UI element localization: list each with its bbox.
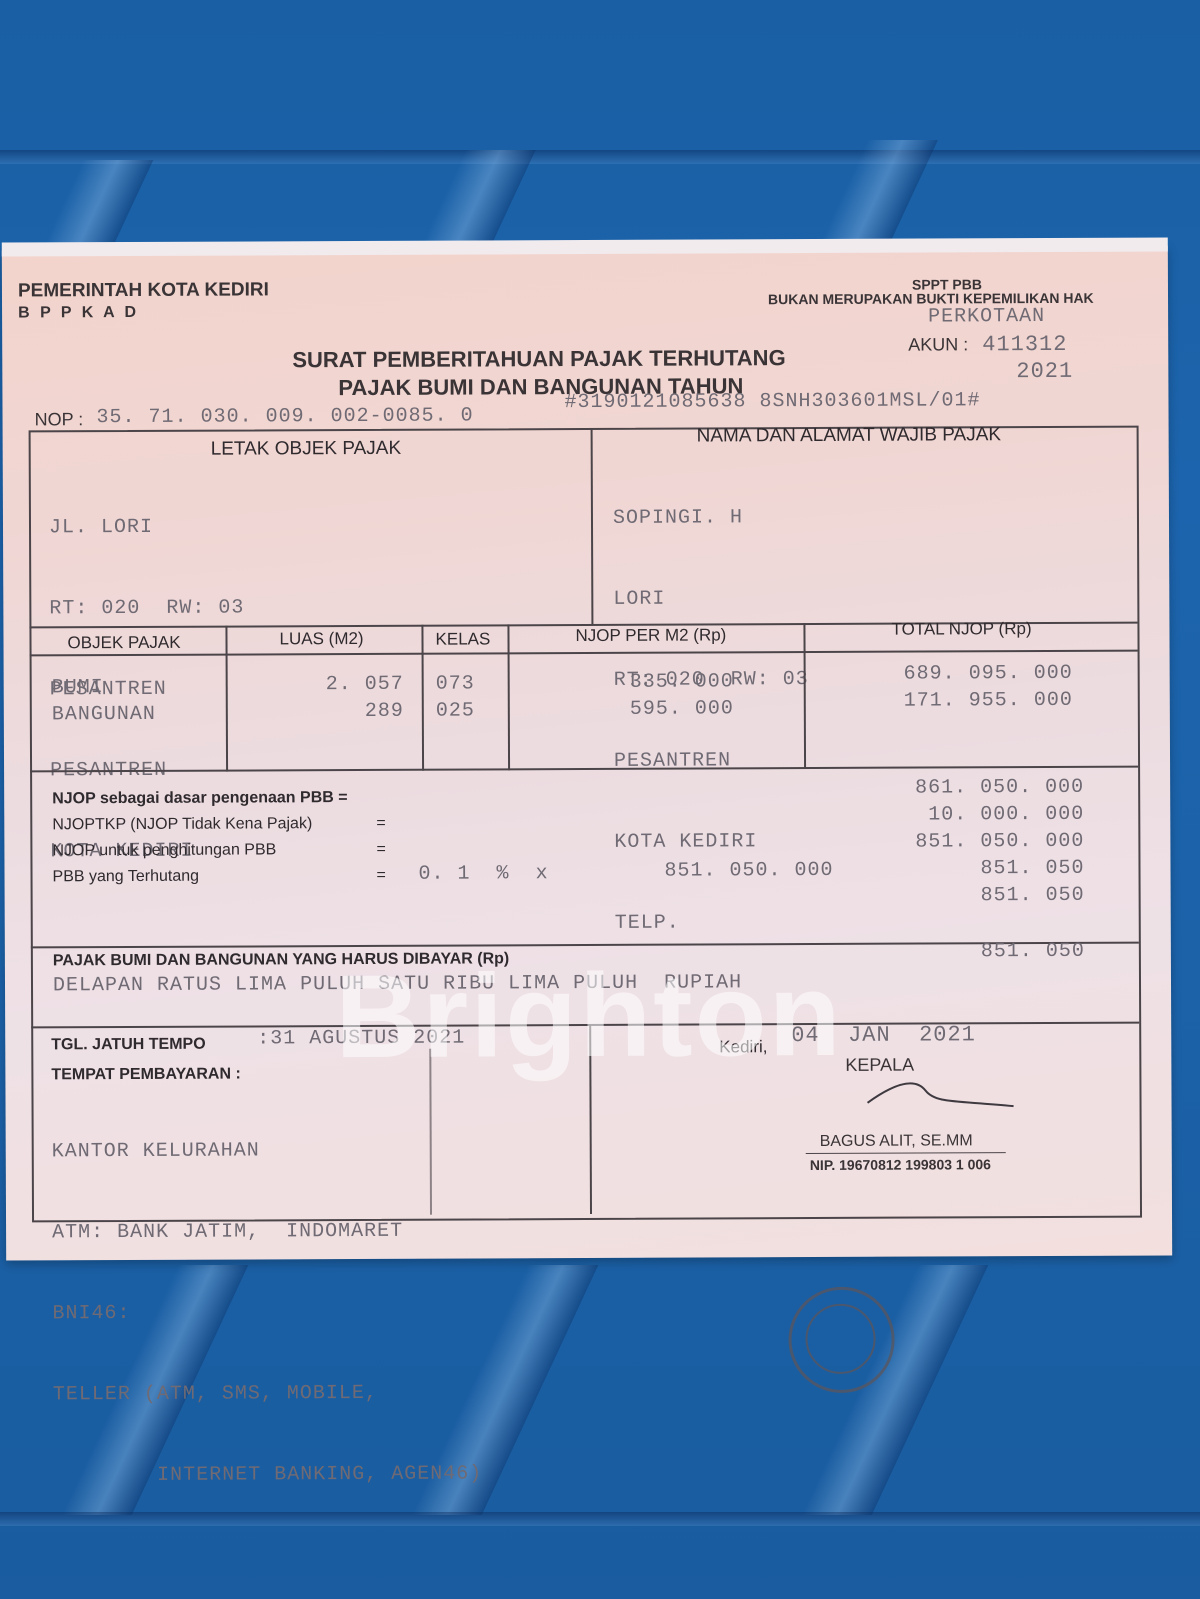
signatory-nip: NIP. 19670812 199803 1 006 — [810, 1156, 991, 1173]
area-type: PERKOTAAN — [928, 305, 1045, 329]
taxpayer-line: KOTA KEDIRI — [614, 828, 809, 856]
address-line: JL. LORI — [49, 513, 244, 541]
stamp-inner-ring — [805, 1304, 875, 1374]
nop-label: NOP : — [34, 409, 83, 430]
table-cell-class: 073 — [436, 672, 475, 695]
table-cell-total-njop: 171. 955. 000 — [904, 689, 1073, 713]
table-cell-njop-per-m2: 595. 000 — [630, 697, 734, 720]
official-stamp — [788, 1287, 894, 1393]
government-name: PEMERINTAH KOTA KEDIRI — [18, 279, 269, 302]
akun-value: 411312 — [982, 332, 1067, 357]
taxpayer-heading: NAMA DAN ALAMAT WAJIB PAJAK — [697, 424, 1002, 447]
njop-base-value: 861. 050. 000 — [874, 776, 1084, 800]
due-date-value: :31 AGUSTUS 2021 — [257, 1027, 465, 1051]
column-header: OBJEK PAJAK — [67, 633, 180, 653]
equals-sign: = — [376, 815, 385, 833]
crate-ledge — [0, 150, 1200, 164]
tax-year: 2021 — [1016, 359, 1073, 384]
city-label: Kediri, — [719, 1037, 767, 1057]
njop-base-label: NJOP sebagai dasar pengenaan PBB = — [52, 789, 347, 808]
payment-place: KANTOR KELURAHAN — [52, 1136, 481, 1165]
payment-place: BNI46: — [52, 1298, 481, 1327]
njop-calc-label: NJOP untuk penghitungan PBB — [52, 841, 276, 860]
payment-due-label: PAJAK BUMI DAN BANGUNAN YANG HARUS DIBAY… — [53, 950, 509, 970]
object-location-heading: LETAK OBJEK PAJAK — [211, 438, 402, 461]
table-cell-class: 025 — [436, 699, 475, 722]
column-header: TOTAL NJOP (Rp) — [891, 619, 1031, 640]
column-header: NJOP PER M2 (Rp) — [575, 625, 726, 646]
payment-place-label: TEMPAT PEMBAYARAN : — [51, 1066, 240, 1085]
pbb-rate: 0. 1 % x — [418, 862, 548, 886]
column-header: LUAS (M2) — [279, 629, 363, 649]
payment-place: INTERNET BANKING, AGEN46) — [53, 1460, 482, 1489]
signature-icon — [865, 1072, 1015, 1113]
pbb-label: PBB yang Terhutang — [52, 868, 199, 887]
njop-calc-value: 851. 050. 000 — [874, 830, 1084, 854]
due-date-label: TGL. JATUH TEMPO — [51, 1036, 205, 1055]
tax-document: PEMERINTAH KOTA KEDIRI B P P K A D SPPT … — [2, 245, 1172, 1260]
paper-edge — [2, 237, 1168, 256]
reference-code: #3190121085638 8SNH303601MSL/01# — [564, 389, 980, 414]
pbb-total: 851. 050 — [875, 884, 1085, 908]
taxpayer-name: SOPINGI. H — [613, 504, 808, 532]
equals-sign: = — [376, 841, 385, 859]
payment-places: KANTOR KELURAHAN ATM: BANK JATIM, INDOMA… — [51, 1082, 482, 1543]
table-cell-object: BUMI — [52, 676, 104, 699]
table-cell-area: 289 — [304, 700, 404, 723]
table-cell-njop-per-m2: 335. 000 — [630, 670, 734, 693]
pbb-base: 851. 050. 000 — [664, 859, 833, 883]
amount-in-words: DELAPAN RATUS LIMA PULUH SATU RIBU LIMA … — [53, 971, 742, 997]
payment-due-amount: 851. 050 — [875, 940, 1085, 964]
nop-value: 35. 71. 030. 009. 002-0085. 0 — [96, 404, 473, 429]
pbb-value: 851. 050 — [874, 857, 1084, 881]
table-cell-object: BANGUNAN — [52, 703, 156, 726]
njoptkp-value: 10. 000. 000 — [874, 803, 1084, 827]
agency-name: B P P K A D — [18, 304, 139, 323]
njoptkp-label: NJOPTKP (NJOP Tidak Kena Pajak) — [52, 815, 312, 834]
akun-label: AKUN : — [908, 334, 968, 355]
taxpayer-line: LORI — [613, 585, 808, 613]
issue-date: 04 JAN 2021 — [791, 1022, 976, 1048]
taxpayer-phone: TELP. — [615, 909, 810, 937]
address-line: RT: 020 RW: 03 — [49, 594, 244, 622]
equals-sign: = — [376, 867, 385, 885]
table-cell-total-njop: 689. 095. 000 — [904, 662, 1073, 686]
payment-place: TELLER (ATM, SMS, MOBILE, — [53, 1379, 482, 1408]
signatory-name: BAGUS ALIT, SE.MM — [820, 1132, 973, 1151]
document-title: SURAT PEMBERITAHUAN PAJAK TERHUTANG — [292, 345, 785, 373]
column-header: KELAS — [435, 629, 490, 649]
table-cell-area: 2. 057 — [304, 673, 404, 696]
payment-place: ATM: BANK JATIM, INDOMARET — [52, 1217, 481, 1246]
taxpayer-line: PESANTREN — [614, 747, 809, 775]
